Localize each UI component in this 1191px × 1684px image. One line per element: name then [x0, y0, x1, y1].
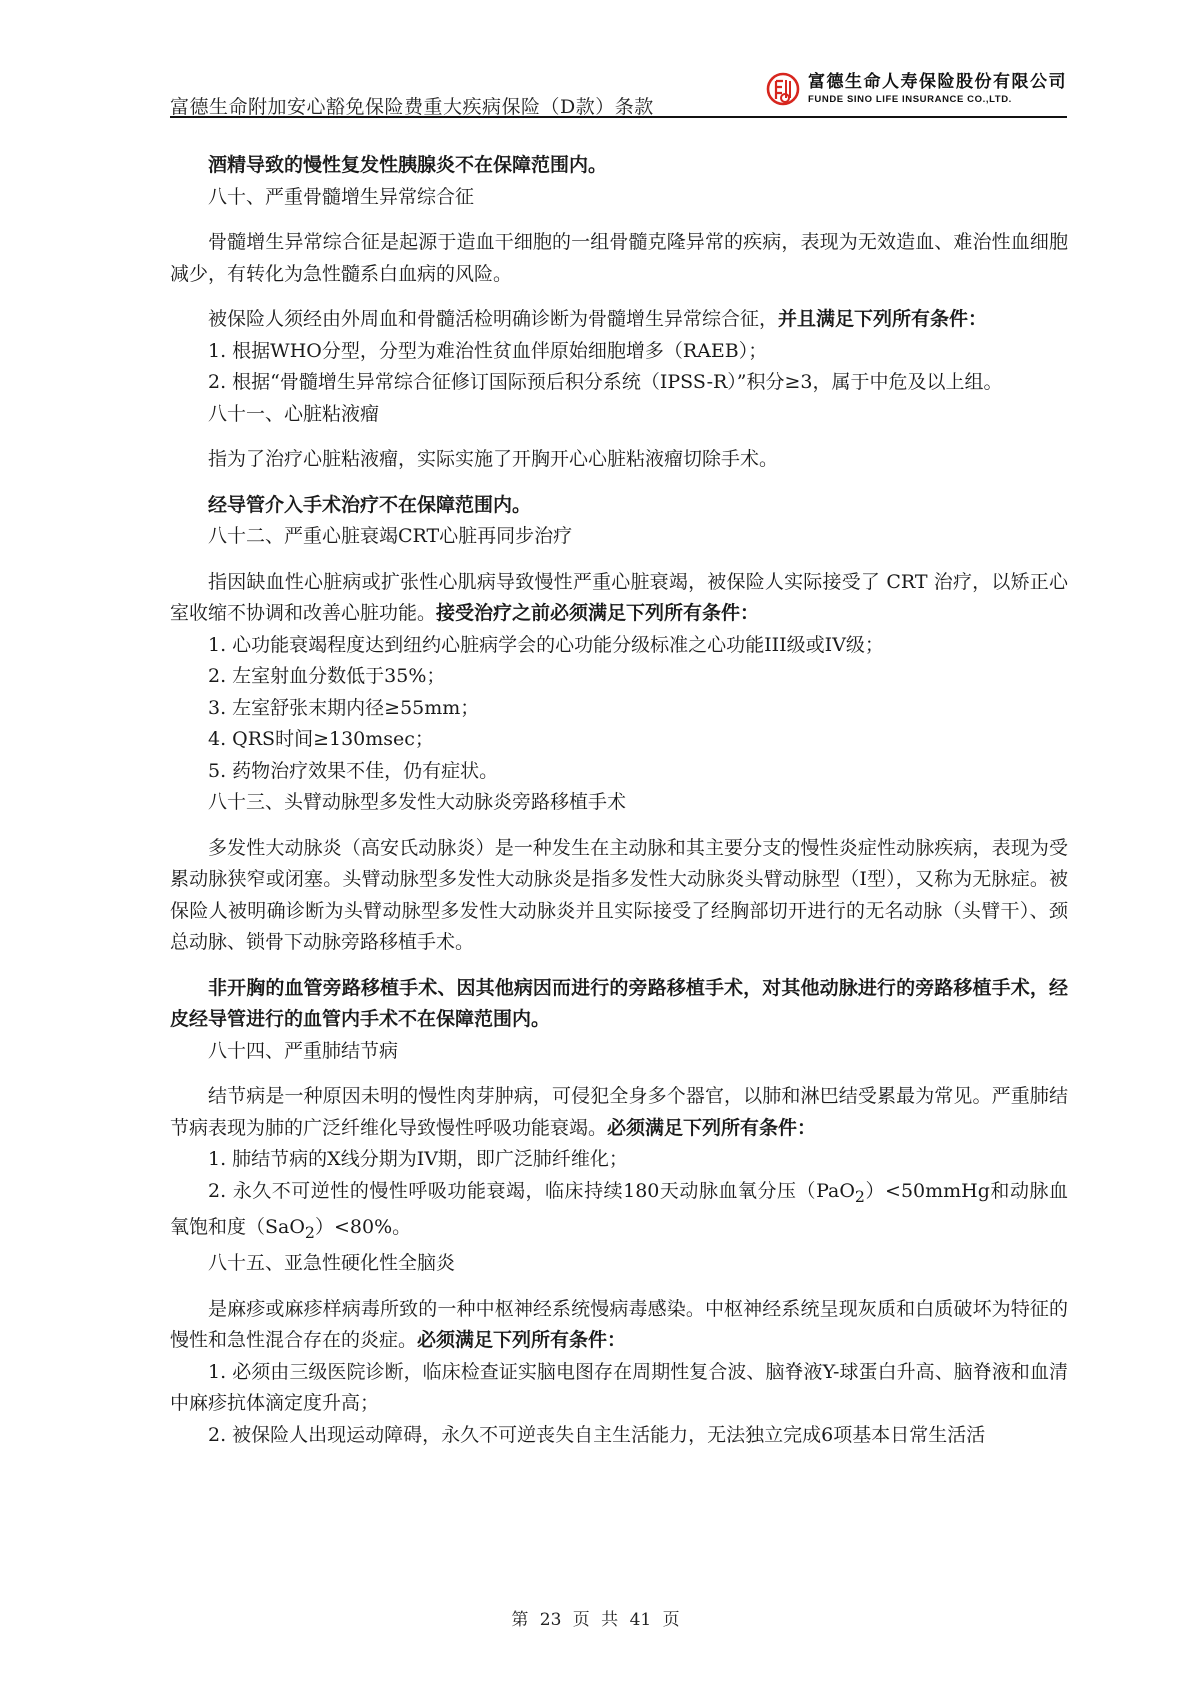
funde-logo-icon	[766, 72, 800, 106]
company-name-cn: 富德生命人寿保险股份有限公司	[808, 74, 1067, 91]
section-81-exclusion: 经导管介入手术治疗不在保障范围内。	[170, 490, 1068, 522]
section-80-conditions-intro: 被保险人须经由外周血和骨髓活检明确诊断为骨髓增生异常综合征，并且满足下列所有条件…	[170, 304, 1068, 336]
condition-text: 2. 永久不可逆性的慢性呼吸功能衰竭，临床持续180天动脉血氧分压（PaO	[208, 1180, 855, 1202]
section-heading-85: 八十五、亚急性硬化性全脑炎	[170, 1248, 1068, 1280]
condition-text: ）<80%。	[315, 1216, 411, 1238]
section-heading-80: 八十、严重骨髓增生异常综合征	[170, 182, 1068, 214]
company-name-en: FUNDE SINO LIFE INSURANCE CO.,LTD.	[808, 95, 1067, 105]
condition-item: 1. 必须由三级医院诊断，临床检查证实脑电图存在周期性复合波、脑脊液Y-球蛋白升…	[170, 1357, 1068, 1420]
section-85-description: 是麻疹或麻疹样病毒所致的一种中枢神经系统慢病毒感染。中枢神经系统呈现灰质和白质破…	[170, 1294, 1068, 1357]
condition-item: 2. 根据“骨髓增生异常综合征修订国际预后积分系统（IPSS-R）”积分≥3，属…	[170, 367, 1068, 399]
condition-item: 5. 药物治疗效果不佳，仍有症状。	[170, 756, 1068, 788]
section-heading-84: 八十四、严重肺结节病	[170, 1036, 1068, 1068]
subscript: 2	[305, 1223, 315, 1242]
section-83-exclusion: 非开胸的血管旁路移植手术、因其他病因而进行的旁路移植手术，对其他动脉进行的旁路移…	[170, 973, 1068, 1036]
description-bold: 必须满足下列所有条件：	[607, 1117, 816, 1139]
description-bold: 接受治疗之前必须满足下列所有条件：	[436, 602, 759, 624]
condition-item: 2. 左室射血分数低于35%；	[170, 661, 1068, 693]
document-title: 富德生命附加安心豁免保险费重大疾病保险（D款）条款	[170, 92, 654, 119]
page-number: 第 23 页 共 41 页	[0, 1605, 1191, 1630]
condition-item: 1. 根据WHO分型，分型为难治性贫血伴原始细胞增多（RAEB）；	[170, 336, 1068, 368]
page-header: 富德生命附加安心豁免保险费重大疾病保险（D款）条款 富德生命人寿保险股份有限公司…	[170, 62, 1067, 118]
condition-item: 1. 肺结节病的X线分期为IV期，即广泛肺纤维化；	[170, 1144, 1068, 1176]
section-heading-82: 八十二、严重心脏衰竭CRT心脏再同步治疗	[170, 521, 1068, 553]
condition-item: 1. 心功能衰竭程度达到纽约心脏病学会的心功能分级标准之心功能III级或IV级；	[170, 630, 1068, 662]
section-81-description: 指为了治疗心脏粘液瘤，实际实施了开胸开心心脏粘液瘤切除手术。	[170, 444, 1068, 476]
description-bold: 必须满足下列所有条件：	[417, 1329, 626, 1351]
conditions-intro-bold: 并且满足下列所有条件：	[778, 308, 987, 330]
header-divider	[170, 116, 1067, 118]
conditions-intro-text: 被保险人须经由外周血和骨髓活检明确诊断为骨髓增生异常综合征，	[208, 308, 778, 330]
subscript: 2	[855, 1186, 865, 1205]
company-logo: 富德生命人寿保险股份有限公司 FUNDE SINO LIFE INSURANCE…	[766, 70, 1067, 108]
section-heading-83: 八十三、头臂动脉型多发性大动脉炎旁路移植手术	[170, 787, 1068, 819]
condition-item: 4. QRS时间≥130msec；	[170, 724, 1068, 756]
section-82-description: 指因缺血性心脏病或扩张性心肌病导致慢性严重心脏衰竭，被保险人实际接受了 CRT …	[170, 567, 1068, 630]
document-body: 酒精导致的慢性复发性胰腺炎不在保障范围内。 八十、严重骨髓增生异常综合征 骨髓增…	[170, 150, 1068, 1451]
section-84-description: 结节病是一种原因未明的慢性肉芽肿病，可侵犯全身多个器官，以肺和淋巴结受累最为常见…	[170, 1081, 1068, 1144]
condition-item: 2. 永久不可逆性的慢性呼吸功能衰竭，临床持续180天动脉血氧分压（PaO2）<…	[170, 1176, 1068, 1249]
section-80-description: 骨髓增生异常综合征是起源于造血干细胞的一组骨髓克隆异常的疾病，表现为无效造血、难…	[170, 227, 1068, 290]
section-83-description: 多发性大动脉炎（高安氏动脉炎）是一种发生在主动脉和其主要分支的慢性炎症性动脉疾病…	[170, 833, 1068, 959]
condition-item: 3. 左室舒张末期内径≥55mm；	[170, 693, 1068, 725]
condition-item: 2. 被保险人出现运动障碍，永久不可逆丧失自主生活能力，无法独立完成6项基本日常…	[170, 1420, 1068, 1452]
section-heading-81: 八十一、心脏粘液瘤	[170, 399, 1068, 431]
exclusion-pancreatitis: 酒精导致的慢性复发性胰腺炎不在保障范围内。	[170, 150, 1068, 182]
